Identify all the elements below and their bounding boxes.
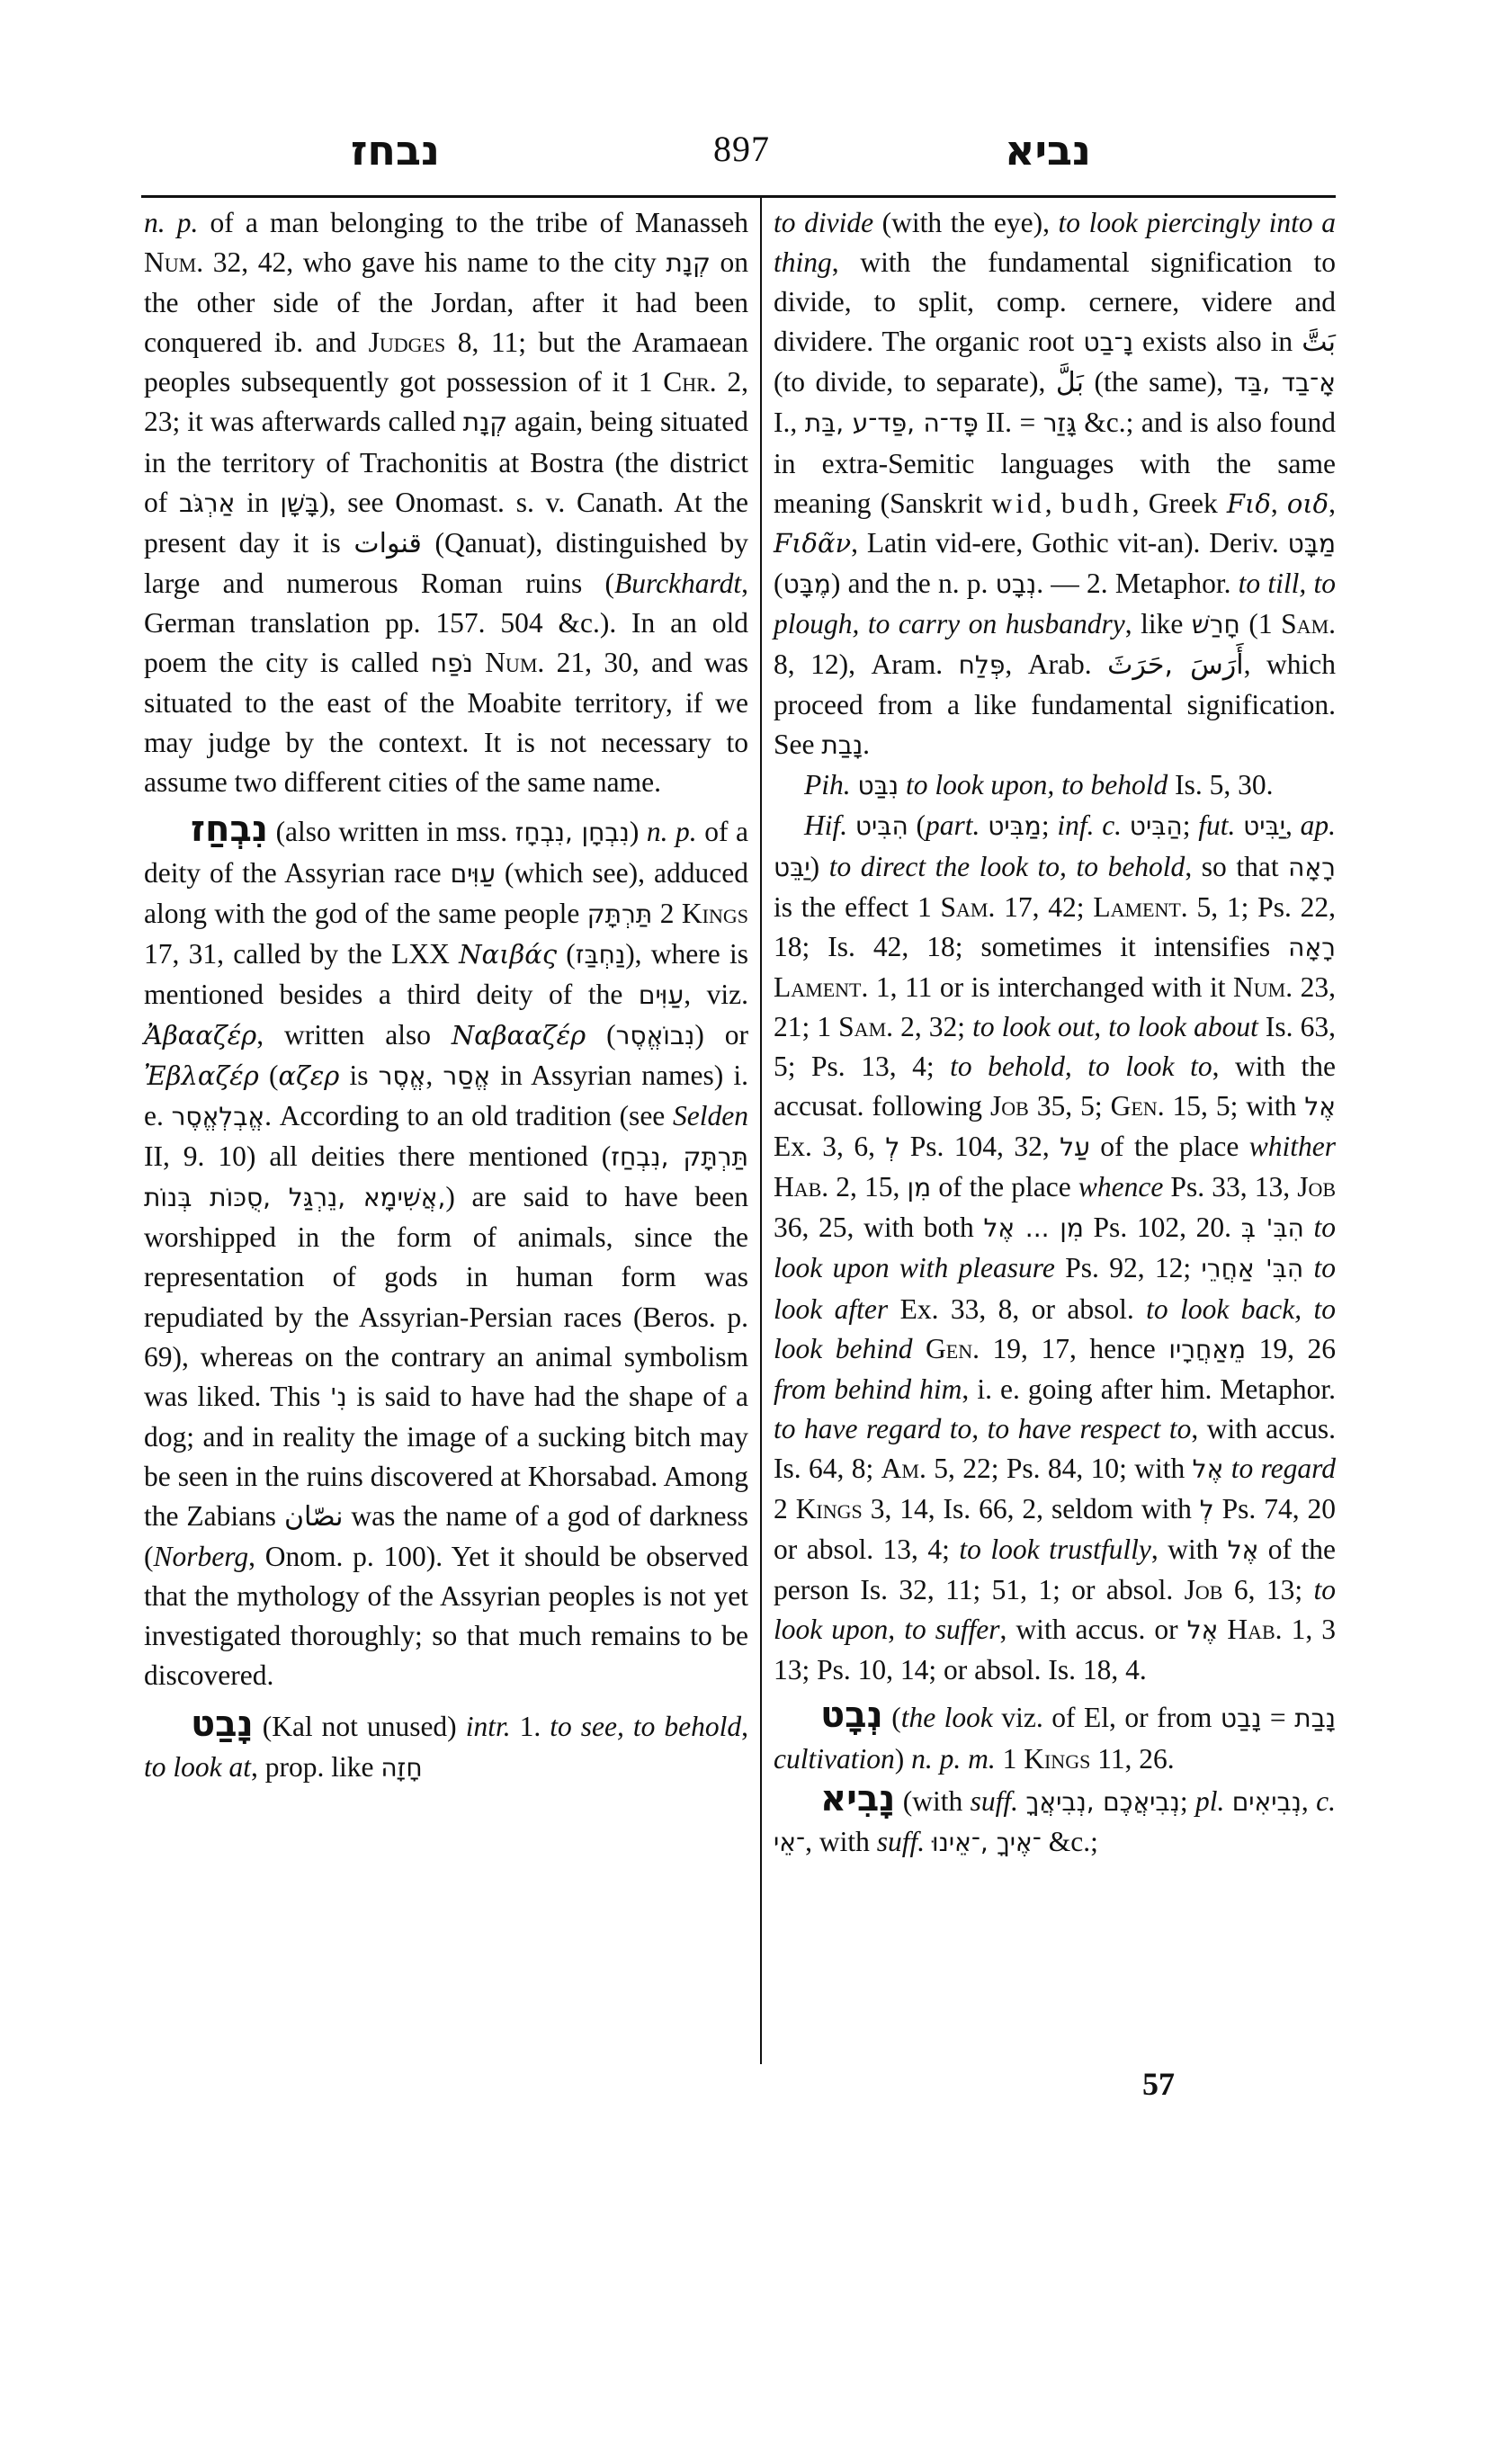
- hebrew-word: מֵאַחֲרָיו: [1168, 1335, 1246, 1364]
- text: (: [883, 1702, 901, 1733]
- gloss: the look: [901, 1702, 993, 1733]
- entry-headword: נָבַט: [191, 1703, 254, 1745]
- greek-word: οιδ: [1287, 488, 1329, 519]
- text: ;: [1183, 809, 1199, 841]
- text: (also written in mss.: [268, 816, 515, 847]
- page-number: 897: [713, 128, 770, 170]
- sanskrit-word: budh: [1061, 487, 1132, 519]
- hebrew-word: נִבוֹאֱסֶר: [616, 1021, 695, 1051]
- hebrew-word: נִבַּט: [858, 771, 899, 800]
- text: Is. 5, 30.: [1168, 769, 1273, 800]
- gloss: to direct the look to, to behold: [829, 851, 1185, 882]
- hebrew-word: נִבְחָן ,נִבְחָז: [515, 818, 630, 847]
- running-head-left-headword: נבחז: [351, 126, 440, 174]
- text: (: [259, 1060, 279, 1091]
- text: . — 2. Metaphor.: [1036, 568, 1238, 599]
- gloss: to regard: [1223, 1453, 1336, 1484]
- grammar-label: c.: [1316, 1785, 1336, 1817]
- greek-word: Fιδᾶν: [774, 528, 851, 559]
- text: exists also in: [1133, 326, 1302, 357]
- hifil-section: Hif. הִבִּיט (part. מַבִּיט; inf. c. הַב…: [774, 806, 1336, 1690]
- book-ref: Job: [990, 1090, 1029, 1122]
- text: , Latin vid-ere, Gothic vit-an). Deriv.: [851, 527, 1287, 559]
- text: Ex. 33, 8, or absol.: [888, 1293, 1146, 1325]
- hebrew-word: הִבִּיט: [855, 811, 908, 841]
- piel-section: Pih. נִבַּט to look upon, to behold Is. …: [774, 765, 1336, 806]
- dictionary-page: נבחז 897 נביא n. p. of a man belonging t…: [0, 0, 1512, 2450]
- book-ref: Lament.: [1093, 891, 1187, 923]
- text: is the effect 1: [774, 891, 941, 923]
- text: (with the eye),: [873, 207, 1058, 238]
- text: ,: [741, 1711, 748, 1742]
- text: of a man belonging to the tribe of Manas…: [198, 207, 748, 238]
- text: 19, 17, hence: [980, 1333, 1168, 1364]
- text: , with: [805, 1826, 877, 1857]
- text: 3, 14, Is. 66, 2, seldom with: [863, 1493, 1200, 1525]
- entry-qenath-continuation: n. p. of a man belonging to the tribe of…: [144, 203, 748, 802]
- entry-nebat: נְבָט (the look viz. of El, or from נָבַ…: [774, 1695, 1336, 1778]
- hebrew-word: אֶל: [1304, 1092, 1336, 1122]
- left-column: n. p. of a man belonging to the tribe of…: [144, 203, 748, 1788]
- hebrew-word: נֹפַח: [431, 648, 473, 678]
- text: (: [557, 938, 576, 970]
- text: (Kal not unused): [254, 1711, 466, 1742]
- hebrew-word: יַבִּיט: [1243, 811, 1285, 841]
- text: , so that: [1185, 851, 1288, 882]
- text: 6, 13;: [1222, 1574, 1313, 1605]
- text: ,: [1045, 487, 1061, 519]
- text: in: [235, 487, 280, 518]
- gloss: to see, to behold: [550, 1711, 741, 1742]
- hebrew-word: רָאָה: [1288, 933, 1336, 962]
- text: (with: [895, 1785, 970, 1817]
- hebrew-word: נָבַת: [1294, 1703, 1336, 1733]
- hebrew-word: אֶל: [1193, 1454, 1224, 1484]
- hebrew-word: בָּשָׁן: [280, 488, 319, 518]
- book-ref: Kings: [682, 898, 748, 929]
- hebrew-word: לְ: [885, 1132, 899, 1162]
- text: 1, 11 or is interchanged with it: [868, 971, 1233, 1003]
- text: of the place: [931, 1171, 1078, 1203]
- text: 5, 22; Ps. 84, 10; with: [926, 1453, 1193, 1484]
- hebrew-word: רָאָה: [1288, 853, 1336, 882]
- hebrew-word: אֶל: [1228, 1535, 1259, 1565]
- gloss: to look out, to look about: [972, 1011, 1258, 1042]
- text: , written also: [256, 1019, 452, 1051]
- hebrew-word: עַוִּים: [639, 980, 684, 1010]
- greek-word: Ἀβααζέρ: [144, 1020, 256, 1051]
- text: 35, 5;: [1029, 1090, 1111, 1122]
- gloss: cultivation: [774, 1743, 895, 1775]
- entry-nabat-continuation: to divide (with the eye), to look pierci…: [774, 203, 1336, 765]
- hebrew-word: חָזָה: [380, 1753, 422, 1783]
- text: [1224, 1785, 1231, 1817]
- text: ): [895, 1743, 911, 1775]
- grammar-label: inf. c.: [1057, 809, 1122, 841]
- text: 19, 26: [1246, 1333, 1336, 1364]
- entry-headword: נָבִיא: [820, 1778, 895, 1820]
- text: II, 9. 10) all deities there mentioned (: [144, 1140, 611, 1172]
- text: &c.;: [1042, 1826, 1098, 1857]
- text: (: [774, 568, 783, 599]
- arabic-word: نصّان: [284, 1501, 344, 1533]
- text: 2: [652, 898, 682, 929]
- header-rule: [141, 195, 1336, 198]
- stem-label: Hif.: [804, 809, 847, 841]
- text: 11, 26.: [1090, 1743, 1174, 1775]
- greek-word: Ἐβλαζέρ: [144, 1060, 259, 1091]
- hebrew-word: חָרַשׁ: [1192, 610, 1240, 639]
- text: (1: [1240, 608, 1281, 639]
- text: Ex. 3, 6,: [774, 1131, 885, 1162]
- text: ;: [1180, 1785, 1195, 1817]
- entry-headword: נִבְחַז: [191, 809, 268, 850]
- book-ref: Kings: [796, 1493, 863, 1525]
- text: .: [863, 729, 870, 760]
- text: 2: [774, 1493, 796, 1525]
- text: [473, 647, 485, 678]
- hebrew-word: אַרְגֹּב: [179, 488, 235, 518]
- text: Ps. 104, 32,: [899, 1131, 1060, 1162]
- gloss: to divide: [774, 207, 873, 238]
- hebrew-word: פָּד־ה ,פַּד־ע ,בַּת: [805, 408, 979, 438]
- hebrew-word: עַל: [1060, 1132, 1090, 1162]
- text: , Arab.: [1005, 648, 1107, 680]
- text: ;: [1042, 809, 1058, 841]
- book-ref: Chr.: [663, 366, 716, 398]
- hebrew-word: נְבִיאִים: [1232, 1787, 1302, 1817]
- text: Ps. 92, 12;: [1055, 1252, 1202, 1283]
- hebrew-word: ־אֵי: [774, 1828, 805, 1857]
- text: Ps. 102, 20.: [1084, 1212, 1241, 1243]
- arabic-word: بَتَّ: [1302, 326, 1336, 358]
- grammar-label: pl.: [1195, 1785, 1224, 1817]
- book-ref: Num.: [144, 246, 203, 278]
- signature-mark: 57: [1142, 2065, 1175, 2103]
- book-ref: Job: [1185, 1574, 1223, 1605]
- hebrew-word: מַבָּט: [1288, 529, 1336, 559]
- text: 17, 42;: [995, 891, 1093, 923]
- text: , Greek: [1132, 487, 1227, 519]
- text: ,: [1285, 809, 1301, 841]
- book-ref: Am.: [881, 1453, 926, 1484]
- stem-label: Pih.: [804, 769, 851, 800]
- hebrew-word: נַחְבַּז: [576, 940, 625, 970]
- text: 1.: [511, 1711, 550, 1742]
- hebrew-word: אֱסֶר: [379, 1061, 426, 1091]
- book-ref: Gen.: [926, 1333, 980, 1364]
- right-column: to divide (with the eye), to look pierci…: [774, 203, 1336, 1863]
- text: ,: [1329, 487, 1336, 519]
- running-head-right-headword: נביא: [1005, 126, 1091, 174]
- text: 15, 5; with: [1165, 1090, 1305, 1122]
- text: (to divide, to separate),: [774, 366, 1056, 398]
- hebrew-word: מַבִּיט: [988, 811, 1042, 841]
- text: [925, 1826, 932, 1857]
- hebrew-word: עַוִּים: [451, 859, 496, 889]
- text: of the place: [1090, 1131, 1249, 1162]
- pos-label: intr.: [466, 1711, 511, 1742]
- greek-word: Ναβααζέρ: [452, 1020, 586, 1051]
- text: , i. e. going after him. Metaphor.: [962, 1373, 1336, 1405]
- text: is: [339, 1060, 378, 1091]
- gloss: from behind him: [774, 1373, 962, 1405]
- gloss: to look trustfully: [959, 1533, 1150, 1565]
- text: ,: [1302, 1785, 1316, 1817]
- hebrew-word: הִבִּ' בְּ: [1241, 1213, 1304, 1243]
- hebrew-word: תַּרְתָּק: [587, 899, 652, 929]
- text: ,: [1271, 487, 1287, 519]
- book-ref: Kings: [1024, 1743, 1090, 1775]
- text: Ps. 33, 13,: [1163, 1171, 1297, 1203]
- hebrew-word: הִבִּ' אַחֲרֵי: [1202, 1254, 1304, 1283]
- text: II. =: [979, 407, 1043, 438]
- pos-label: n. p.: [144, 207, 198, 238]
- grammar-label: suff.: [971, 1785, 1018, 1817]
- text: 2, 15,: [828, 1171, 907, 1203]
- greek-word: Ναιβάς: [459, 939, 557, 970]
- gloss: whence: [1078, 1171, 1163, 1203]
- text: 32, 42, who gave his name to the city: [203, 246, 666, 278]
- text: (: [908, 809, 926, 841]
- hebrew-word: קְנָת: [463, 407, 507, 437]
- gloss: to look upon, to behold: [906, 769, 1168, 800]
- grammar-label: ap.: [1301, 809, 1336, 841]
- hebrew-word: פְּלַח: [959, 650, 1006, 680]
- book-ref: Sam.: [838, 1011, 893, 1042]
- book-ref: Job: [1297, 1171, 1336, 1203]
- text: , prop. like: [251, 1751, 380, 1783]
- book-ref: Num.: [1233, 971, 1293, 1003]
- pos-label: n. p.: [647, 816, 697, 847]
- grammar-label: suff.: [877, 1826, 925, 1857]
- arabic-word: قنوات: [353, 528, 421, 559]
- text: 1: [996, 1743, 1024, 1775]
- sanskrit-word: wid: [991, 487, 1044, 519]
- author-name: Selden: [673, 1100, 748, 1131]
- text: . According to an old tradition (see: [264, 1100, 673, 1131]
- gloss: whither: [1249, 1131, 1336, 1162]
- hebrew-word: קְנָת: [666, 248, 710, 278]
- book-ref: Judges: [369, 326, 446, 358]
- hebrew-word: אָ־בַד ,בַּד: [1234, 368, 1336, 398]
- hebrew-word: מִן: [908, 1173, 932, 1203]
- greek-word: αζερ: [278, 1060, 339, 1091]
- text: , with: [1151, 1533, 1228, 1565]
- hebrew-word: גָּזַר: [1043, 408, 1077, 438]
- entry-nabi: נָבִיא (with suff. נְבִיאֲכֶם ,נְבִיאֲךָ…: [774, 1779, 1336, 1863]
- text: [913, 1333, 926, 1364]
- gloss: to behold, to look to: [950, 1051, 1212, 1082]
- hebrew-word: נָ־בַט: [1083, 327, 1133, 357]
- book-ref: Hab.: [774, 1171, 828, 1203]
- hebrew-word: נִ': [330, 1382, 347, 1412]
- text: =: [1261, 1702, 1294, 1733]
- text: [1218, 1614, 1227, 1645]
- gloss: to have regard to, to have respect to: [774, 1413, 1191, 1444]
- text: ): [810, 851, 829, 882]
- text: 17, 31, called by the LXX: [144, 938, 459, 970]
- text: ) are said to have been worshipped in th…: [144, 1181, 748, 1411]
- entry-nibhaz: נִבְחַז (also written in mss. נִבְחָן ,נ…: [144, 809, 748, 1695]
- hebrew-word: מִן ... אֶל: [983, 1213, 1083, 1243]
- entry-headword: נְבָט: [820, 1694, 883, 1736]
- greek-word: Fιδ: [1227, 488, 1271, 519]
- text: ) and the n. p.: [831, 568, 996, 599]
- text: , with accus. or: [1000, 1614, 1187, 1645]
- grammar-label: fut.: [1198, 809, 1235, 841]
- hebrew-word: אֱבְלְאֱסֶר: [172, 1102, 265, 1131]
- hebrew-word: אֱסַר: [443, 1061, 490, 1091]
- arabic-word: أَرَسَ ,حَرَثَ: [1107, 649, 1244, 681]
- book-ref: Num.: [485, 647, 544, 678]
- book-ref: Hab.: [1227, 1614, 1282, 1645]
- book-ref: Sam.: [1281, 608, 1336, 639]
- text: ) or: [694, 1019, 748, 1051]
- text: I.,: [774, 407, 805, 438]
- grammar-label: part.: [926, 809, 980, 841]
- text: (: [586, 1019, 615, 1051]
- hebrew-word: אֶל: [1187, 1615, 1219, 1645]
- text: , like: [1125, 608, 1192, 639]
- text: ,: [425, 1060, 443, 1091]
- hebrew-word: נָבַת: [821, 730, 863, 760]
- gloss: to look at: [144, 1751, 251, 1783]
- column-divider: [760, 198, 762, 2064]
- arabic-word: بَلَّ: [1056, 367, 1084, 398]
- hebrew-word: לְ: [1200, 1495, 1214, 1525]
- book-ref: Sam.: [941, 891, 996, 923]
- text: (the same),: [1084, 366, 1234, 398]
- hebrew-word: יַבֵּט: [774, 853, 810, 882]
- book-ref: Lament.: [774, 971, 868, 1003]
- hebrew-word: נְבָט: [996, 569, 1037, 599]
- author-name: Burckhardt: [614, 568, 741, 599]
- text: viz. of El, or from: [993, 1702, 1221, 1733]
- hebrew-word: הַבִּיט: [1130, 811, 1183, 841]
- text: 2, 32;: [893, 1011, 972, 1042]
- text: 36, 25, with both: [774, 1212, 983, 1243]
- hebrew-word: מֶבָּט: [783, 569, 831, 599]
- text: 8, 12), Aram.: [774, 648, 959, 680]
- entry-nabat: נָבַט (Kal not unused) intr. 1. to see, …: [144, 1704, 748, 1787]
- text: , viz.: [684, 979, 748, 1010]
- author-name: Norberg: [154, 1541, 249, 1572]
- hebrew-word: נְבִיאֲכֶם ,נְבִיאֲךָ: [1025, 1787, 1179, 1817]
- hebrew-word: ־אֶיךָ ,־אֵינוּ: [932, 1828, 1042, 1857]
- pos-label: n. p. m.: [911, 1743, 996, 1775]
- book-ref: Gen.: [1111, 1090, 1165, 1122]
- running-head: נבחז 897 נביא: [141, 126, 1336, 189]
- hebrew-word: נָבַט: [1221, 1703, 1262, 1733]
- text: ): [630, 816, 647, 847]
